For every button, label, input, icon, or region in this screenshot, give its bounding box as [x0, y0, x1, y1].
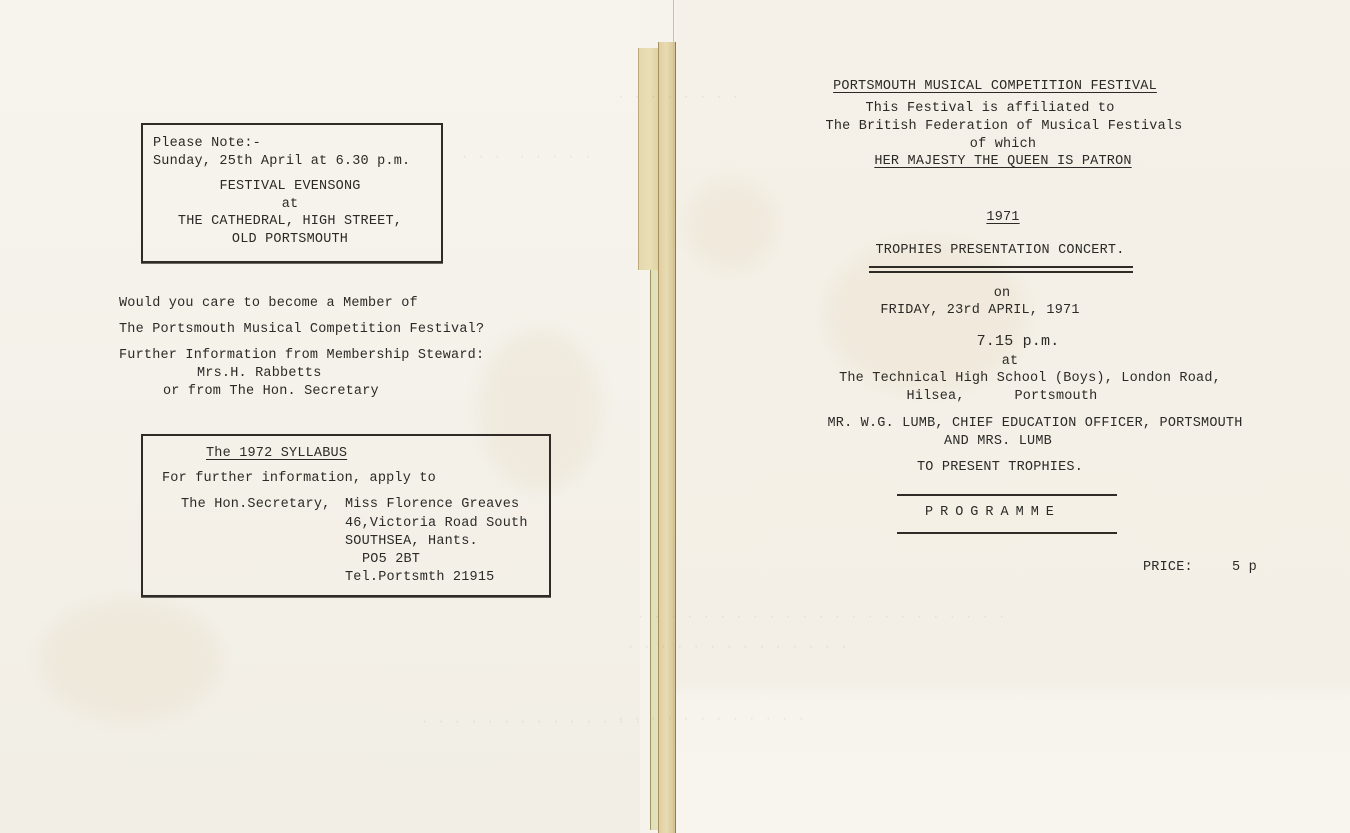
event-year: 1971 — [986, 211, 1019, 225]
membership-alt-contact: or from The Hon. Secretary — [163, 385, 379, 399]
price-label: PRICE: — [1143, 561, 1193, 575]
syllabus-title: The 1972 SYLLABUS — [206, 447, 347, 461]
left-page: · · · · · · · · · · · · · · · · · · · · … — [0, 0, 640, 833]
price-value: 5 p — [1232, 561, 1257, 575]
programme-rule-top — [897, 494, 1117, 496]
presenter-line3: TO PRESENT TROPHIES. — [917, 461, 1083, 475]
secretary-role: The Hon.Secretary, — [181, 498, 330, 512]
programme-label: PROGRAMME — [925, 506, 1061, 520]
event-on: on — [994, 287, 1011, 301]
membership-line3: Further Information from Membership Stew… — [119, 349, 484, 363]
bleed-through-text: · · · · · · · · · · · · · · · · · · · · … — [636, 610, 1005, 624]
patron-line: HER MAJESTY THE QUEEN IS PATRON — [874, 155, 1131, 169]
secretary-phone: Tel.Portsmth 21915 — [345, 571, 494, 585]
affiliation-line2: The British Federation of Musical Festiv… — [826, 120, 1183, 134]
event-title: TROPHIES PRESENTATION CONCERT. — [875, 244, 1124, 258]
organisation-title: PORTSMOUTH MUSICAL COMPETITION FESTIVAL — [833, 80, 1157, 94]
bleed-through-text: · · · · · · · · — [616, 90, 739, 104]
paper-stain — [686, 180, 776, 270]
syllabus-intro: For further information, apply to — [162, 472, 436, 486]
secretary-postcode: PO5 2BT — [362, 553, 420, 567]
bleed-through-text: · · · · · · · · — [460, 150, 591, 164]
paper-stain — [40, 600, 220, 720]
event-at: at — [1002, 355, 1019, 369]
fold-line — [673, 0, 674, 833]
secretary-address2: SOUTHSEA, Hants. — [345, 535, 478, 549]
evensong-at: at — [282, 198, 299, 212]
secretary-address1: 46,Victoria Road South — [345, 517, 528, 531]
evensong-venue-line1: THE CATHEDRAL, HIGH STREET, — [178, 215, 402, 229]
event-date: FRIDAY, 23rd APRIL, 1971 — [880, 304, 1079, 318]
secretary-name: Miss Florence Greaves — [345, 498, 519, 512]
membership-line2: The Portsmouth Musical Competition Festi… — [119, 323, 484, 337]
affiliation-line3: of which — [970, 138, 1036, 152]
notice-heading: Please Note:- — [153, 137, 261, 151]
membership-line1: Would you care to become a Member of — [119, 297, 418, 311]
presenter-line1: MR. W.G. LUMB, CHIEF EDUCATION OFFICER, … — [827, 417, 1242, 431]
event-time: 7.15 p.m. — [977, 334, 1060, 349]
double-rule-top — [869, 266, 1133, 268]
evensong-event: FESTIVAL EVENSONG — [219, 180, 360, 194]
bleed-through-text: · · · · · · · · · · · · · · — [626, 640, 847, 654]
venue-line1: The Technical High School (Boys), London… — [839, 372, 1221, 386]
bleed-through-text: · · · · · · · · · · · · — [616, 712, 805, 726]
presenter-line2: AND MRS. LUMB — [944, 435, 1052, 449]
evensong-venue-line2: OLD PORTSMOUTH — [232, 233, 348, 247]
programme-rule-bottom — [897, 532, 1117, 534]
affiliation-line1: This Festival is affiliated to — [865, 102, 1114, 116]
venue-line2: Hilsea, Portsmouth — [907, 390, 1098, 404]
double-rule-bottom — [869, 271, 1133, 273]
membership-steward: Mrs.H. Rabbetts — [197, 367, 322, 381]
evensong-date: Sunday, 25th April at 6.30 p.m. — [153, 155, 410, 169]
binding-spine — [636, 0, 678, 833]
